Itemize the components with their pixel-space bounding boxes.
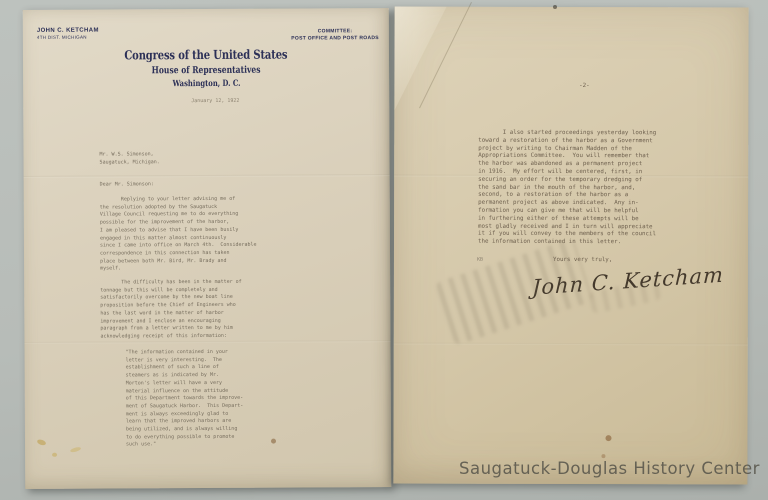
fold-crease-line: [24, 340, 390, 344]
fold-crease-line: [394, 343, 748, 346]
paper-stain: [70, 446, 82, 453]
salutation: Dear Mr. Simonson:: [100, 181, 154, 189]
paper-stain: [36, 438, 46, 446]
committee-name: POST OFFICE AND POST ROADS: [291, 35, 379, 41]
fold-crease-line: [24, 174, 390, 178]
ink-transfer-smudge: [435, 238, 593, 345]
letterhead-line-1: Congress of the United States: [23, 46, 389, 63]
folded-corner: [394, 7, 446, 111]
body-paragraph-3: I also started proceedings yesterday loo…: [478, 130, 740, 248]
letterhead-line-3: Washington, D. C.: [23, 78, 389, 90]
paper-stain: [52, 453, 57, 457]
letter-page-2: -2- I also started proceedings yesterday…: [393, 7, 748, 485]
letterhead-line-2: House of Representatives: [23, 64, 389, 77]
committee-label: COMMITTEE:: [291, 28, 379, 34]
sender-name: JOHN C. KETCHAM: [37, 28, 99, 34]
paper-stain: [601, 454, 605, 458]
paper-stain: [605, 435, 611, 441]
body-paragraph-2: The difficulty has been in the matter of…: [100, 278, 315, 341]
sender-district: 4TH DIST. MICHIGAN: [37, 35, 99, 40]
letter-page-1: JOHN C. KETCHAM 4TH DIST. MICHIGAN COMMI…: [23, 8, 392, 489]
typist-initials: KB: [477, 257, 483, 265]
committee-block: COMMITTEE: POST OFFICE AND POST ROADS: [291, 27, 379, 41]
body-paragraph-1: Replying to your letter advising me of t…: [100, 195, 315, 273]
recipient-address: Mr. W.S. Simonson, Saugatuck, Michigan.: [99, 151, 159, 167]
background-speck: [553, 5, 557, 9]
letter-date: January 12, 1922: [191, 98, 239, 106]
paper-stain: [271, 439, 276, 444]
page-number: -2-: [394, 83, 748, 92]
photograph-of-letter: JOHN C. KETCHAM 4TH DIST. MICHIGAN COMMI…: [0, 0, 768, 500]
archive-credit-watermark: Saugatuck-Douglas History Center: [459, 459, 760, 478]
quoted-paragraph: "The information contained in your lette…: [126, 348, 307, 449]
sender-block: JOHN C. KETCHAM 4TH DIST. MICHIGAN: [37, 28, 99, 40]
